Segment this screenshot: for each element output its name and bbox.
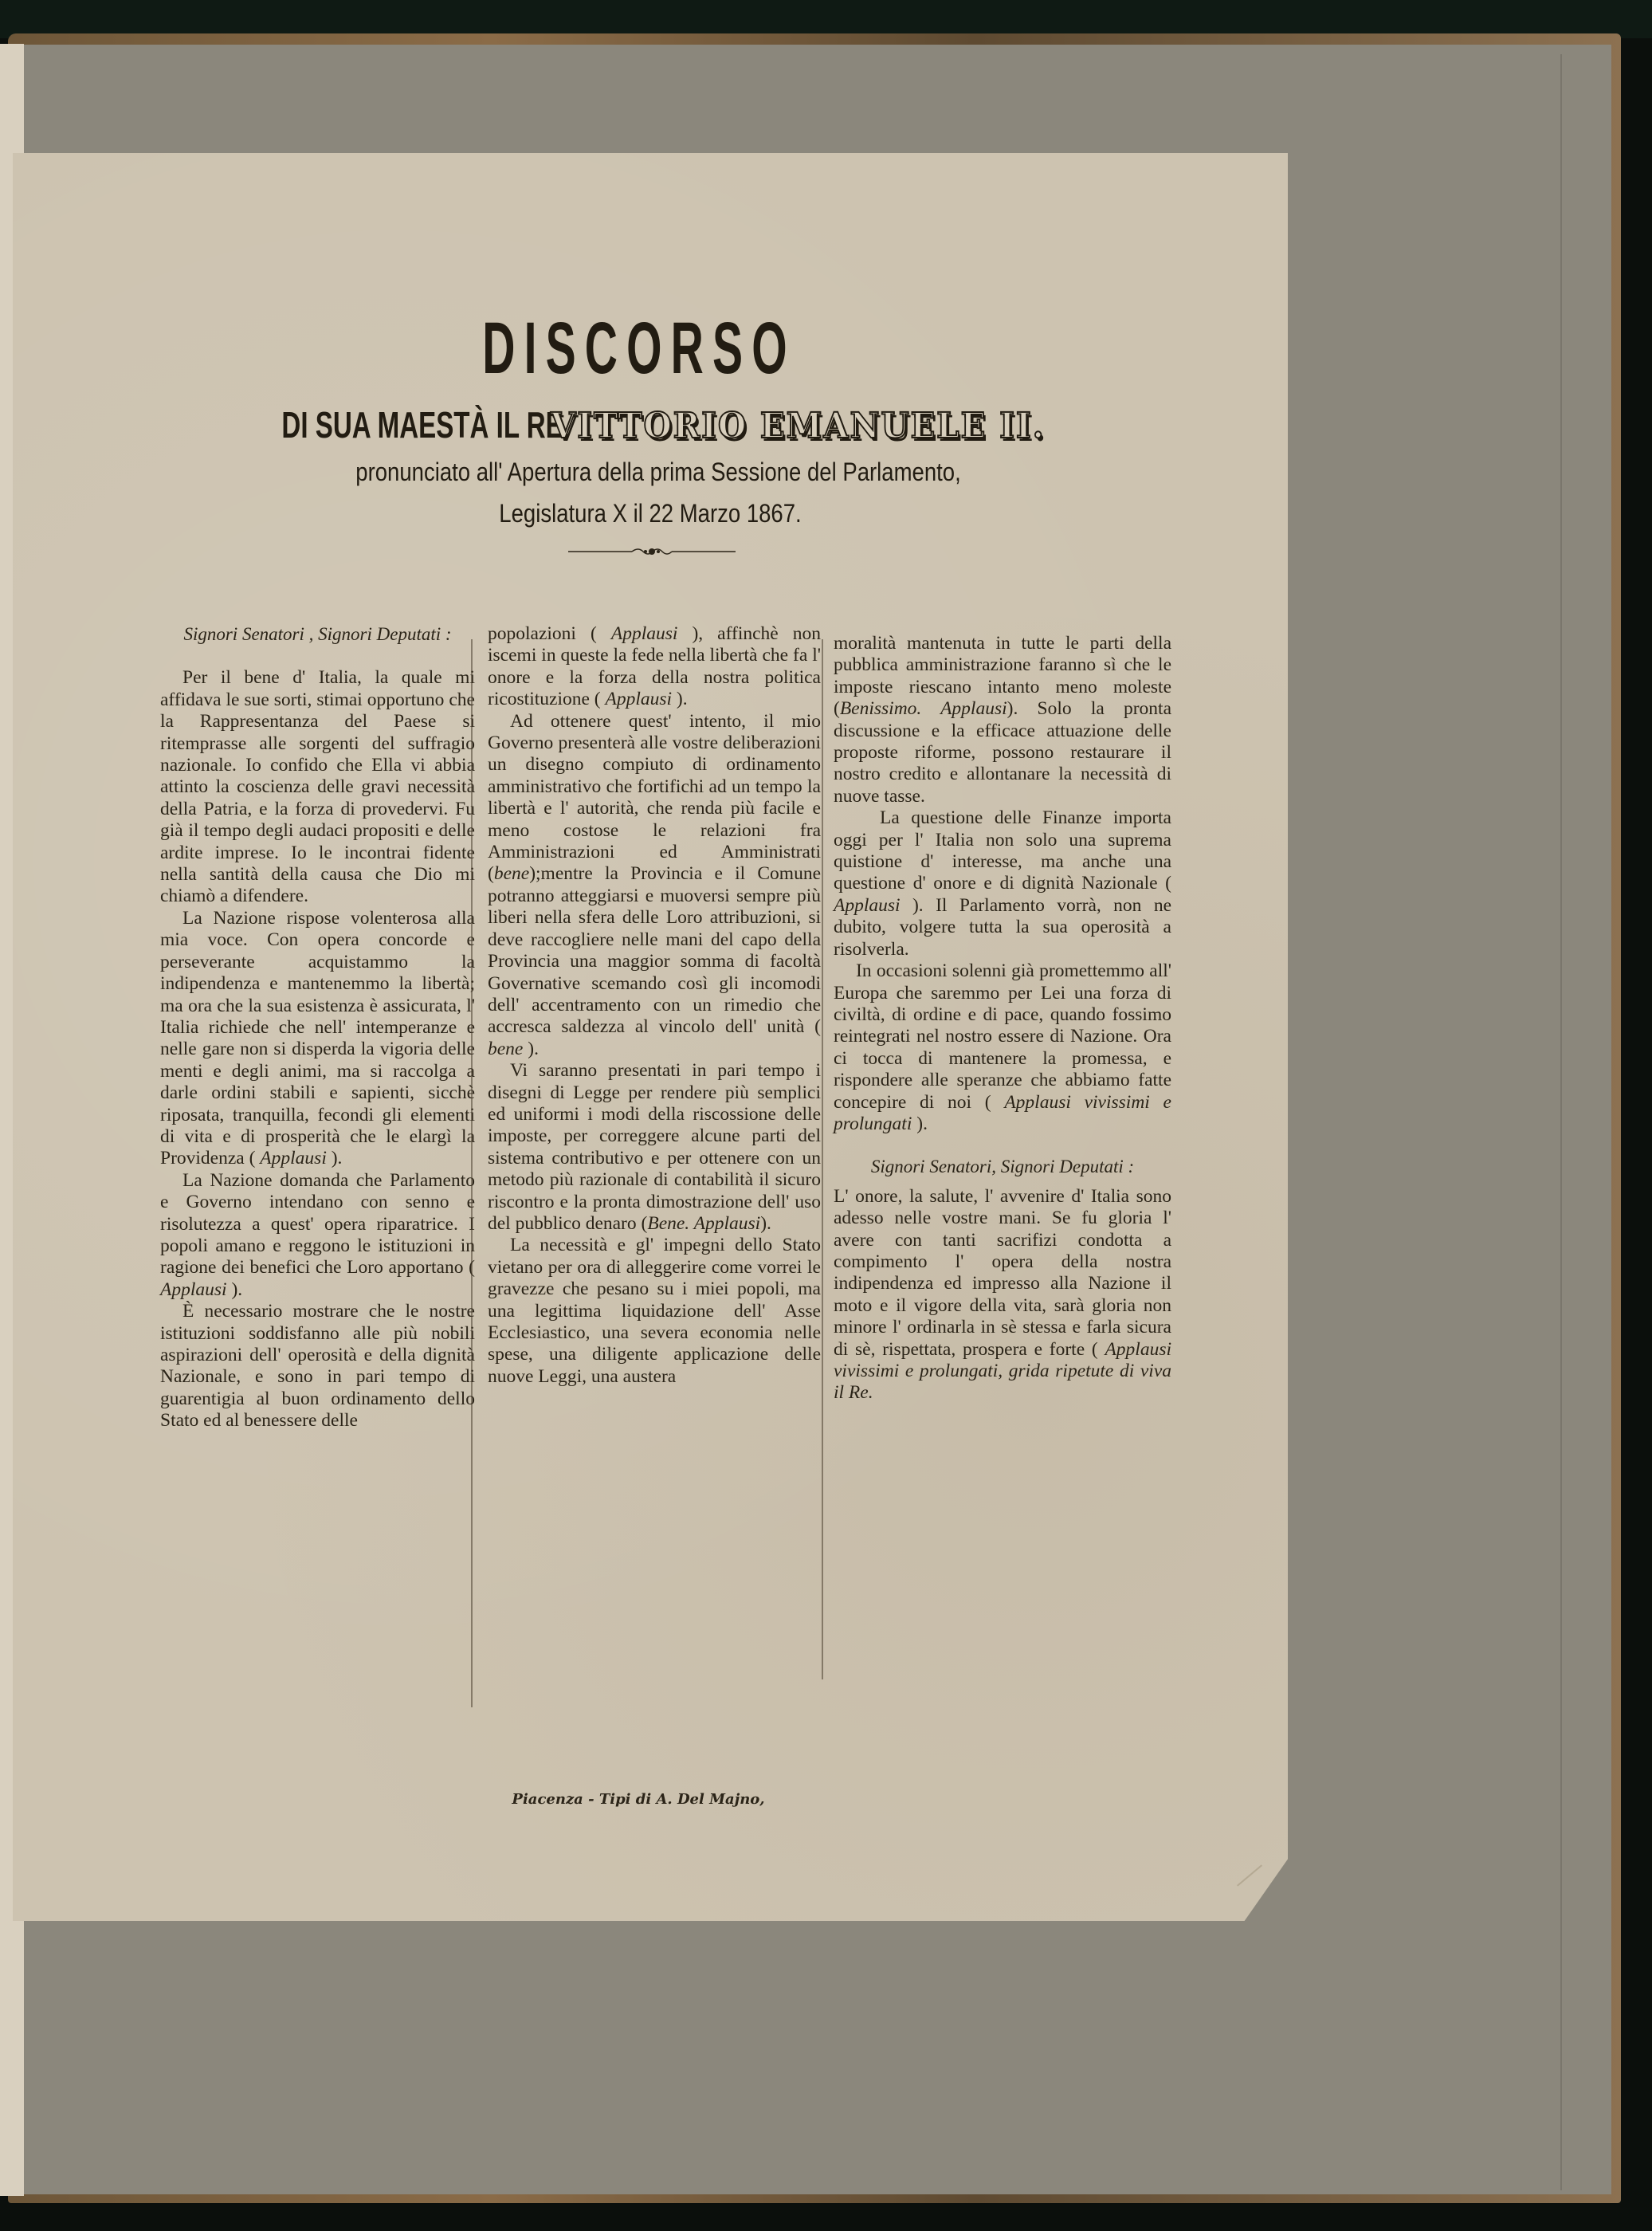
board-fold-line <box>1560 54 1562 2190</box>
applause-note: Applausi <box>611 623 678 644</box>
title-block: DISCORSO DI SUA MAESTÀ IL RE VITTORIO EM… <box>13 304 1248 560</box>
paragraph-text: ). <box>523 1039 539 1059</box>
speech-columns: Signori Senatori , Signori Deputati :Per… <box>13 623 1288 1699</box>
salutation-heading: Signori Senatori, Signori Deputati : <box>834 1156 1171 1177</box>
title-king-name: VITTORIO EMANUELE II. <box>551 406 1046 446</box>
paragraph-text: popolazioni ( <box>488 623 611 644</box>
column-2: popolazioni ( Applausi ), affinchè non i… <box>488 623 821 1388</box>
speech-paragraph: La Nazione rispose volenterosa alla mia … <box>160 908 475 1170</box>
paragraph-text: Vi saranno presentati in pari tempo i di… <box>488 1060 821 1234</box>
speech-paragraph: moralità mantenuta in tutte le parti del… <box>834 633 1171 807</box>
printed-broadside: DISCORSO DI SUA MAESTÀ IL RE VITTORIO EM… <box>13 153 1288 1921</box>
column-divider <box>471 639 473 1707</box>
applause-note: Bene. Applausi <box>647 1213 760 1234</box>
paragraph-text: La Nazione domanda che Parlamento e Gove… <box>160 1170 475 1279</box>
speech-paragraph: La Nazione domanda che Parlamento e Gove… <box>160 1170 475 1301</box>
applause-note: bene <box>488 1039 523 1059</box>
applause-note: Benissimo. Applausi <box>840 698 1007 719</box>
salutation-heading: Signori Senatori , Signori Deputati : <box>160 623 475 645</box>
speech-paragraph: Per il bene d' Italia, la quale mi affid… <box>160 667 475 907</box>
speech-paragraph: In occasioni solenni già promettemmo all… <box>834 960 1171 1135</box>
paragraph-text: Per il bene d' Italia, la quale mi affid… <box>160 667 475 906</box>
paragraph-text: È necessario mostrare che le nostre isti… <box>160 1301 475 1431</box>
paragraph-text: ). <box>327 1148 343 1169</box>
title-subheading: DI SUA MAESTÀ IL RE VITTORIO EMANUELE II… <box>13 403 1248 446</box>
column-divider <box>822 639 823 1679</box>
speech-paragraph: È necessario mostrare che le nostre isti… <box>160 1301 475 1432</box>
printer-imprint: Piacenza - Tipi di A. Del Majno, <box>13 1791 1264 1808</box>
document-title: DISCORSO <box>261 304 1016 392</box>
speech-paragraph: La questione delle Finanze importa oggi … <box>834 807 1171 960</box>
scan-background <box>0 0 1652 38</box>
applause-note: Applausi <box>260 1148 327 1169</box>
speech-paragraph: L' onore, la salute, l' avvenire d' Ital… <box>834 1186 1171 1404</box>
applause-note: Applausi <box>605 689 672 709</box>
speech-paragraph: Ad ottenere quest' intento, il mio Gover… <box>488 711 821 1061</box>
paragraph-text: ). <box>760 1213 771 1234</box>
applause-note: Applausi <box>834 895 901 916</box>
ornamental-rule-icon <box>568 544 736 560</box>
column-1: Signori Senatori , Signori Deputati :Per… <box>160 623 475 1432</box>
applause-note: bene <box>494 863 529 884</box>
column-3: moralità mantenuta in tutte le parti del… <box>834 633 1171 1404</box>
paragraph-text: ). <box>227 1279 243 1300</box>
paragraph-text: ). <box>912 1114 928 1134</box>
paragraph-text: La Nazione rispose volenterosa alla mia … <box>160 908 475 1169</box>
applause-note: Applausi <box>160 1279 227 1300</box>
paragraph-text: La questione delle Finanze importa oggi … <box>834 807 1171 894</box>
paragraph-text: );mentre la Provincia e il Comune potran… <box>488 863 821 1037</box>
speech-paragraph: Vi saranno presentati in pari tempo i di… <box>488 1060 821 1235</box>
title-subheading-plain: DI SUA MAESTÀ IL RE <box>282 403 563 446</box>
paragraph-text: L' onore, la salute, l' avvenire d' Ital… <box>834 1186 1171 1360</box>
occasion-line-2: Legislatura X il 22 Marzo 1867. <box>136 493 1164 534</box>
speech-paragraph: La necessità e gl' impegni dello Stato v… <box>488 1235 821 1388</box>
paragraph-text: La necessità e gl' impegni dello Stato v… <box>488 1235 821 1386</box>
paragraph-text: Ad ottenere quest' intento, il mio Gover… <box>488 711 821 885</box>
speech-paragraph: popolazioni ( Applausi ), affinchè non i… <box>488 623 821 711</box>
paragraph-text: ). <box>672 689 688 709</box>
occasion-line-1: pronunciato all' Apertura della prima Se… <box>151 451 1166 493</box>
paragraph-text: In occasioni solenni già promettemmo all… <box>834 960 1171 1112</box>
